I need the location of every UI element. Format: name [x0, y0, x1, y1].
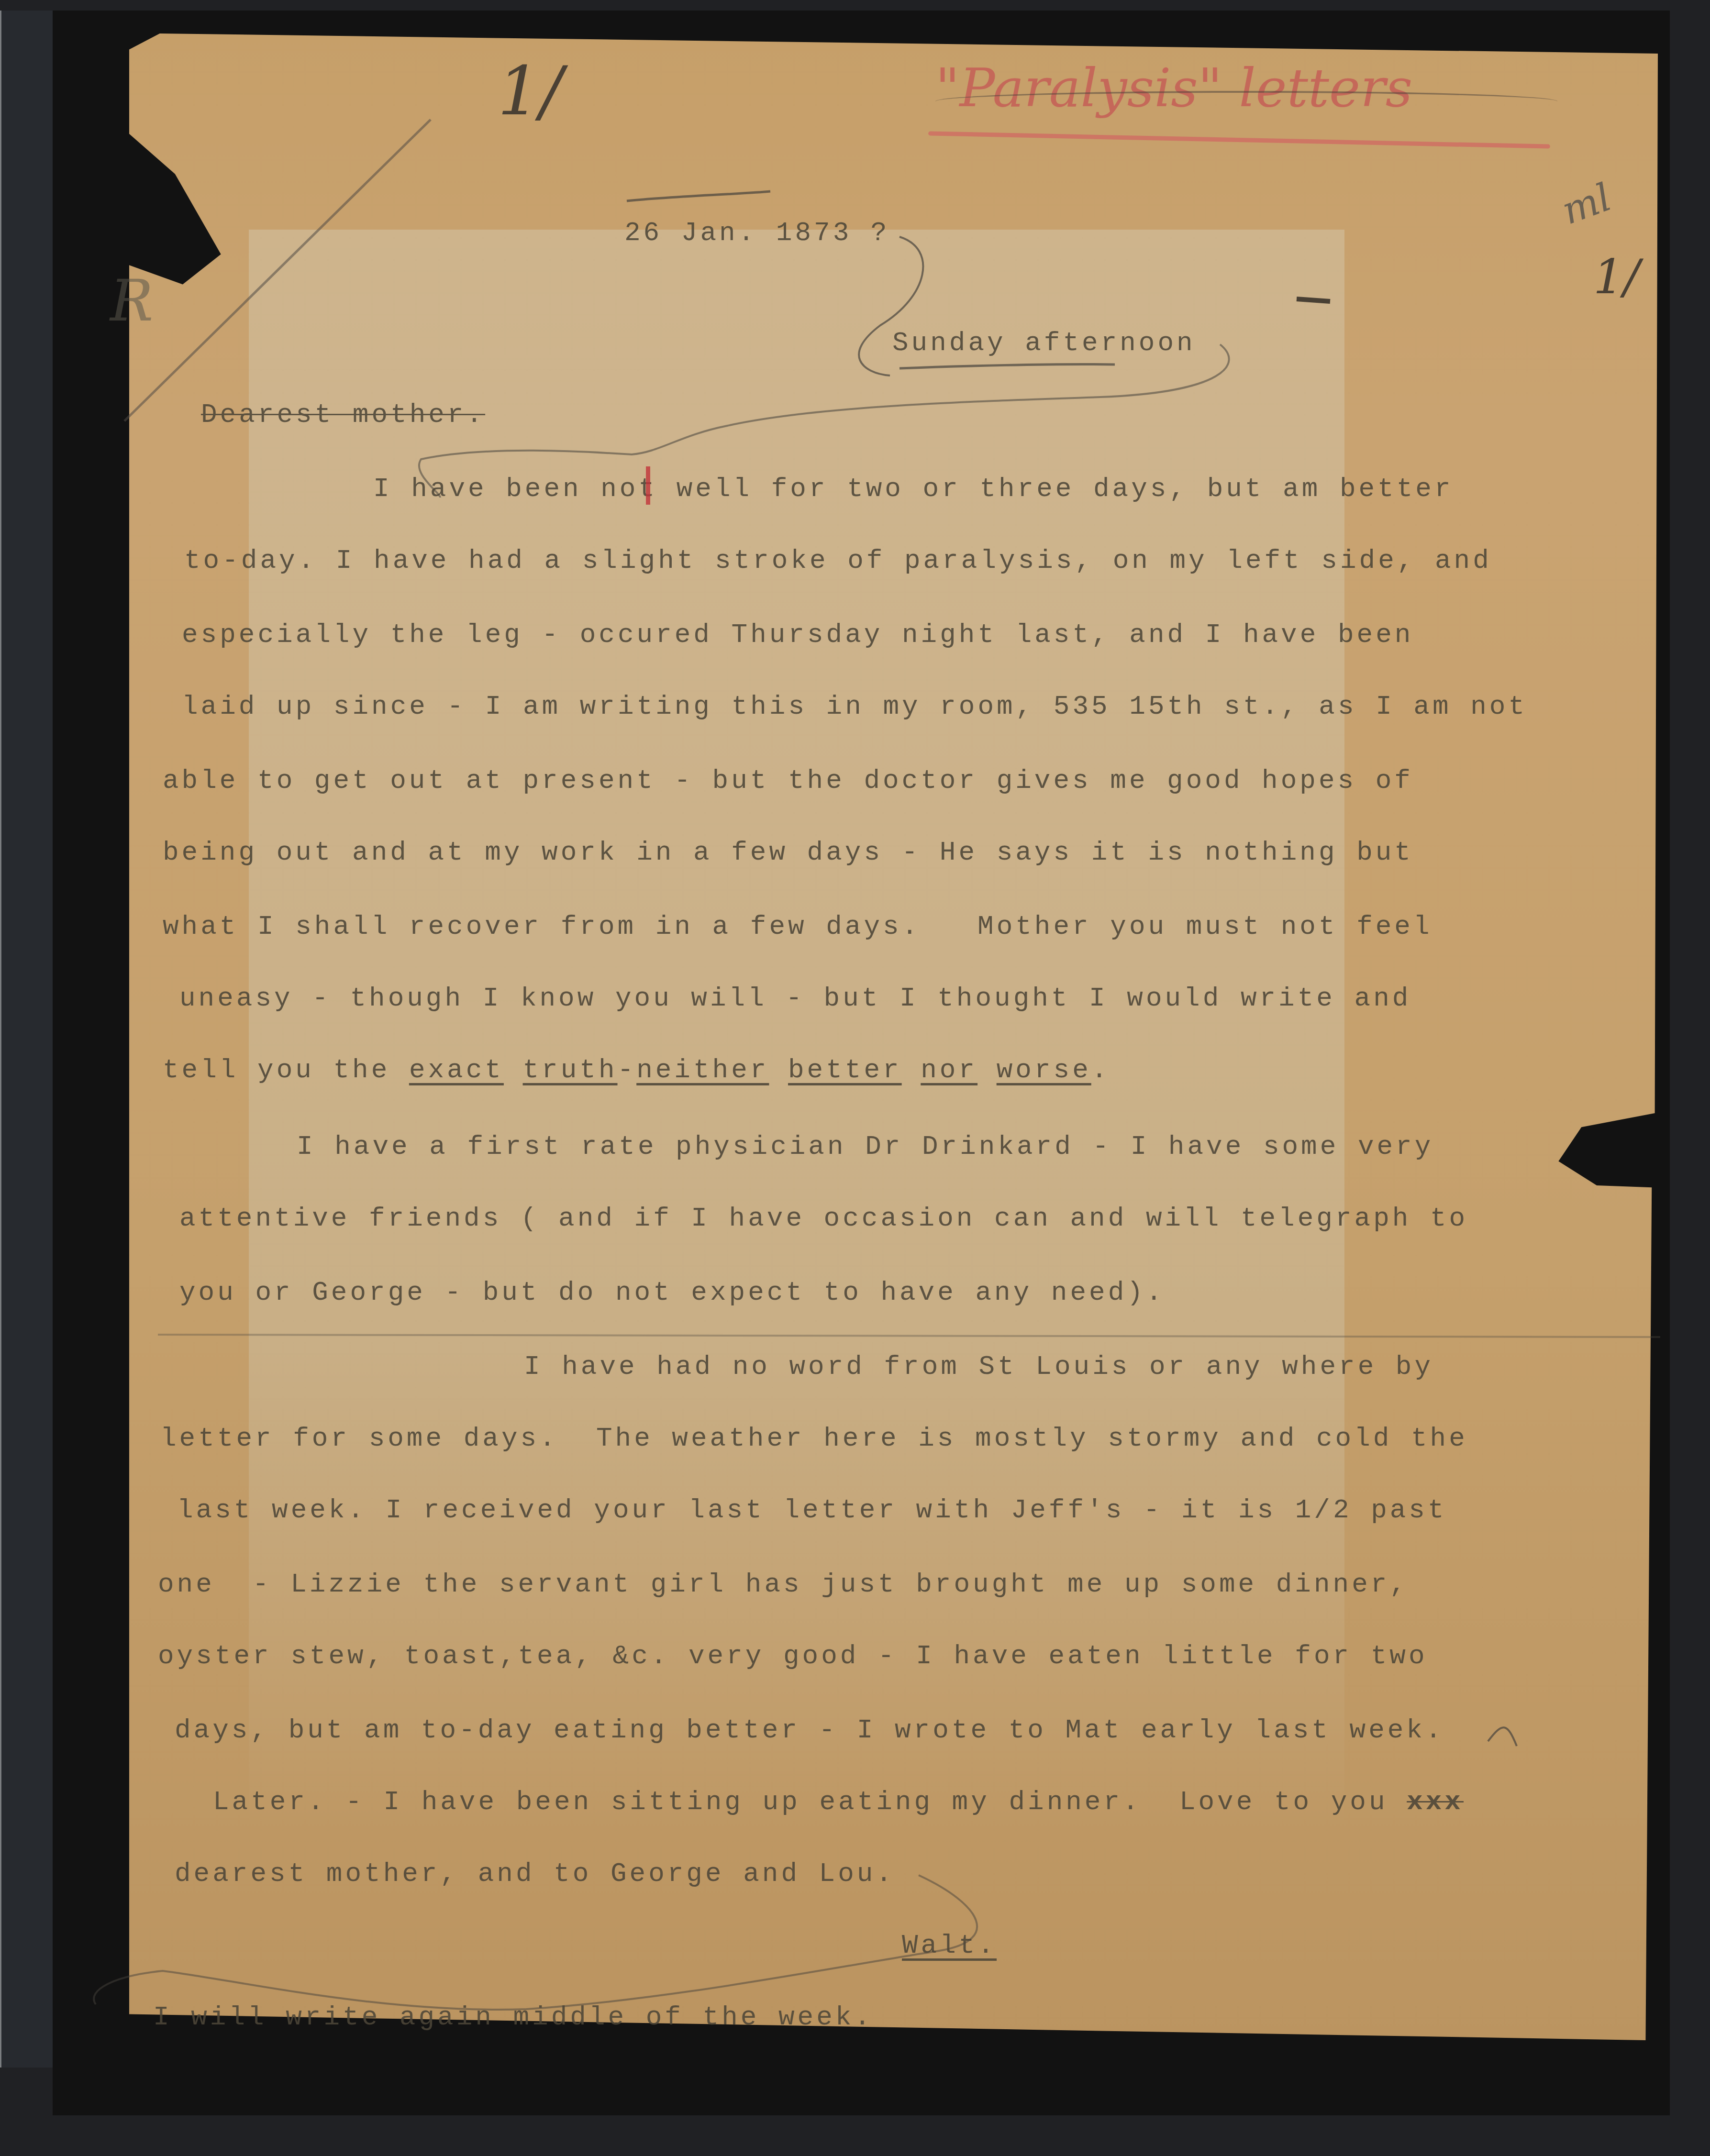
paragraph-1-line-3: especially the leg - occured Thursday ni…	[182, 619, 1413, 650]
underlined-word: truth	[523, 1055, 618, 1085]
paragraph-1-line-1: I have been not well for two or three da…	[373, 474, 1454, 504]
paragraph-3-line-4: one - Lizzie the servant girl has just b…	[158, 1569, 1409, 1600]
salutation: Dearest mother.	[201, 399, 485, 430]
paragraph-1-line-4: laid up since - I am writing this in my …	[182, 691, 1527, 722]
paragraph-1-line-8: uneasy - though I know you will - but I …	[179, 983, 1411, 1014]
red-correction-mark	[646, 466, 650, 505]
paragraph-3-line-3: last week. I received your last letter w…	[177, 1495, 1447, 1526]
line-text: Later. - I have been sitting up eating m…	[213, 1787, 1388, 1817]
margin-initial: R	[110, 268, 153, 334]
paragraph-4-line-1: Later. - I have been sitting up eating m…	[213, 1787, 1464, 1817]
paragraph-1-line-9: tell you the exact truth-neither better …	[163, 1055, 1110, 1085]
paragraph-2-line-1: I have a first rate physician Dr Drinkar…	[297, 1131, 1433, 1162]
line-suffix: .	[1091, 1055, 1110, 1085]
paragraph-3-line-2: letter for some days. The weather here i…	[160, 1423, 1468, 1454]
paragraph-4-line-2: dearest mother, and to George and Lou.	[175, 1858, 895, 1889]
paragraph-3-line-1: I have had no word from St Louis or any …	[524, 1351, 1433, 1382]
postscript: I will write again middle of the week.	[153, 2002, 873, 2033]
letter-date: 26 Jan. 1873 ?	[624, 218, 889, 248]
paragraph-1-line-6: being out and at my work in a few days -…	[163, 837, 1413, 868]
signature: Walt.	[902, 1930, 997, 1961]
paragraph-1-line-7: what I shall recover from in a few days.…	[163, 911, 1432, 942]
paragraph-3-line-6: days, but am to-day eating better - I wr…	[175, 1715, 1444, 1746]
document-scan: "Paralysis" letters 1/ ml 1/ R 26 Jan. 1…	[0, 0, 1710, 2156]
paragraph-1-line-2: to-day. I have had a slight stroke of pa…	[184, 545, 1492, 576]
underlined-word: nor	[921, 1055, 977, 1085]
paragraph-2-line-2: attentive friends ( and if I have occasi…	[179, 1203, 1468, 1234]
underlined-word: worse	[997, 1055, 1091, 1085]
underlined-word: better	[788, 1055, 902, 1085]
letter-dateline: Sunday afternoon	[892, 328, 1196, 358]
paragraph-2-line-3: you or George - but do not expect to hav…	[179, 1277, 1165, 1308]
underlined-word: neither	[636, 1055, 769, 1085]
line-prefix: tell you the	[163, 1055, 409, 1085]
paragraph-3-line-5: oyster stew, toast,tea, &c. very good - …	[158, 1641, 1428, 1671]
underlined-word: exact	[409, 1055, 504, 1085]
folio-mark-top: 1/	[498, 53, 563, 131]
struck-characters: xxx	[1407, 1787, 1464, 1817]
folder-label-strike	[935, 91, 1557, 112]
paragraph-1-line-5: able to get out at present - but the doc…	[163, 765, 1413, 796]
mount-strip	[0, 11, 56, 2068]
folio-mark-right: 1/	[1593, 249, 1640, 305]
